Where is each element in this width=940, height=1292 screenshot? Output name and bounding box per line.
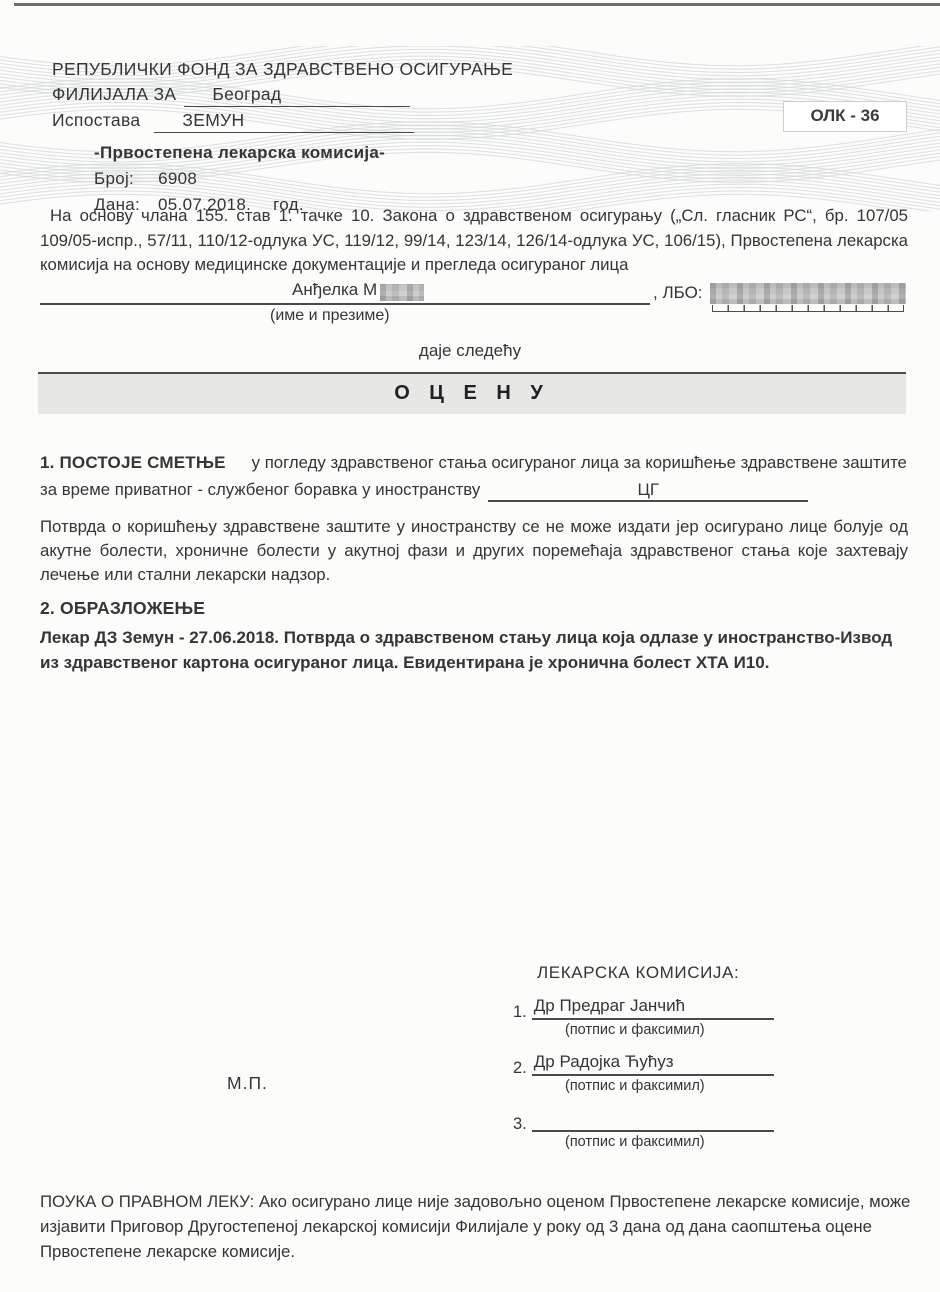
form-header: РЕПУБЛИЧКИ ФОНД ЗА ЗДРАВСТВЕНО ОСИГУРАЊЕ… <box>52 58 772 216</box>
scan-edge-artifact <box>14 3 940 6</box>
insured-name: Анђелка М <box>292 280 377 300</box>
signature-caption: (потпис и факсимил) <box>565 1078 783 1094</box>
section-explanation-heading: 2. ОБРАЗЛОЖЕЊЕ <box>40 598 205 619</box>
name-underline <box>40 303 650 305</box>
section-obstacles: 1. ПОСТОЈЕ СМЕТЊЕу погледу здравственог … <box>40 449 908 504</box>
signature-line-doctor-3 <box>532 1108 774 1132</box>
signature-row: 1. Др Предраг Јанчић <box>513 996 783 1020</box>
signature-row: 2. Др Радојка Ћућуз <box>513 1052 783 1076</box>
gives-following-text: даје следећу <box>0 341 940 361</box>
signature-caption: (потпис и факсимил) <box>565 1022 783 1038</box>
signature-line-doctor-2: Др Радојка Ћућуз <box>532 1052 774 1076</box>
fund-title: РЕПУБЛИЧКИ ФОНД ЗА ЗДРАВСТВЕНО ОСИГУРАЊЕ <box>52 58 772 81</box>
legal-remedy-paragraph: ПОУКА О ПРАВНОМ ЛЕКУ: Ако осигурано лице… <box>40 1189 914 1265</box>
signature-number: 1. <box>513 1004 527 1021</box>
branch-label: ФИЛИЈАЛА ЗА <box>52 84 176 104</box>
lbo-redaction-block <box>710 283 906 304</box>
name-redaction-block <box>380 284 424 301</box>
office-value: ЗЕМУН <box>154 109 414 133</box>
office-label: Испостава <box>52 110 140 130</box>
signature-row: 3. <box>513 1108 783 1132</box>
denial-paragraph: Потврда о коришћењу здравствене заштите … <box>40 515 908 587</box>
branch-row: ФИЛИЈАЛА ЗАБеоград <box>52 83 772 107</box>
form-code-badge: ОЛК - 36 <box>783 101 907 132</box>
signature-block: 1. Др Предраг Јанчић (потпис и факсимил)… <box>513 996 783 1150</box>
case-number-label: Број: <box>94 169 134 188</box>
case-number-value: 6908 <box>158 169 197 188</box>
branch-value: Београд <box>184 83 410 107</box>
lbo-digit-comb <box>712 305 904 312</box>
case-number-row: Број:6908 <box>94 167 772 190</box>
signature-line-doctor-1: Др Предраг Јанчић <box>532 996 774 1020</box>
commission-title: ЛЕКАРСКА КОМИСИЈА: <box>537 963 739 983</box>
commission-name-title: -Првостепена лекарска комисија- <box>94 141 772 164</box>
assessment-title-band: О Ц Е Н У <box>38 372 906 414</box>
legal-basis-paragraph: На основу члана 155. став 1. тачке 10. З… <box>40 204 908 278</box>
section-explanation-text: Лекар ДЗ Земун - 27.06.2018. Потврда о з… <box>40 626 898 675</box>
section-obstacles-heading: 1. ПОСТОЈЕ СМЕТЊЕ <box>40 453 226 472</box>
signature-caption: (потпис и факсимил) <box>565 1134 783 1150</box>
stamp-place-label: М.П. <box>227 1073 268 1094</box>
country-value: ЦГ <box>488 480 808 502</box>
signature-number: 2. <box>513 1060 527 1077</box>
scanned-form-page: РЕПУБЛИЧКИ ФОНД ЗА ЗДРАВСТВЕНО ОСИГУРАЊЕ… <box>0 0 940 1292</box>
office-row: ИспоставаЗЕМУН <box>52 109 772 133</box>
lbo-label: , ЛБО: <box>653 283 703 303</box>
name-caption: (име и презиме) <box>270 307 390 325</box>
signature-number: 3. <box>513 1116 527 1133</box>
